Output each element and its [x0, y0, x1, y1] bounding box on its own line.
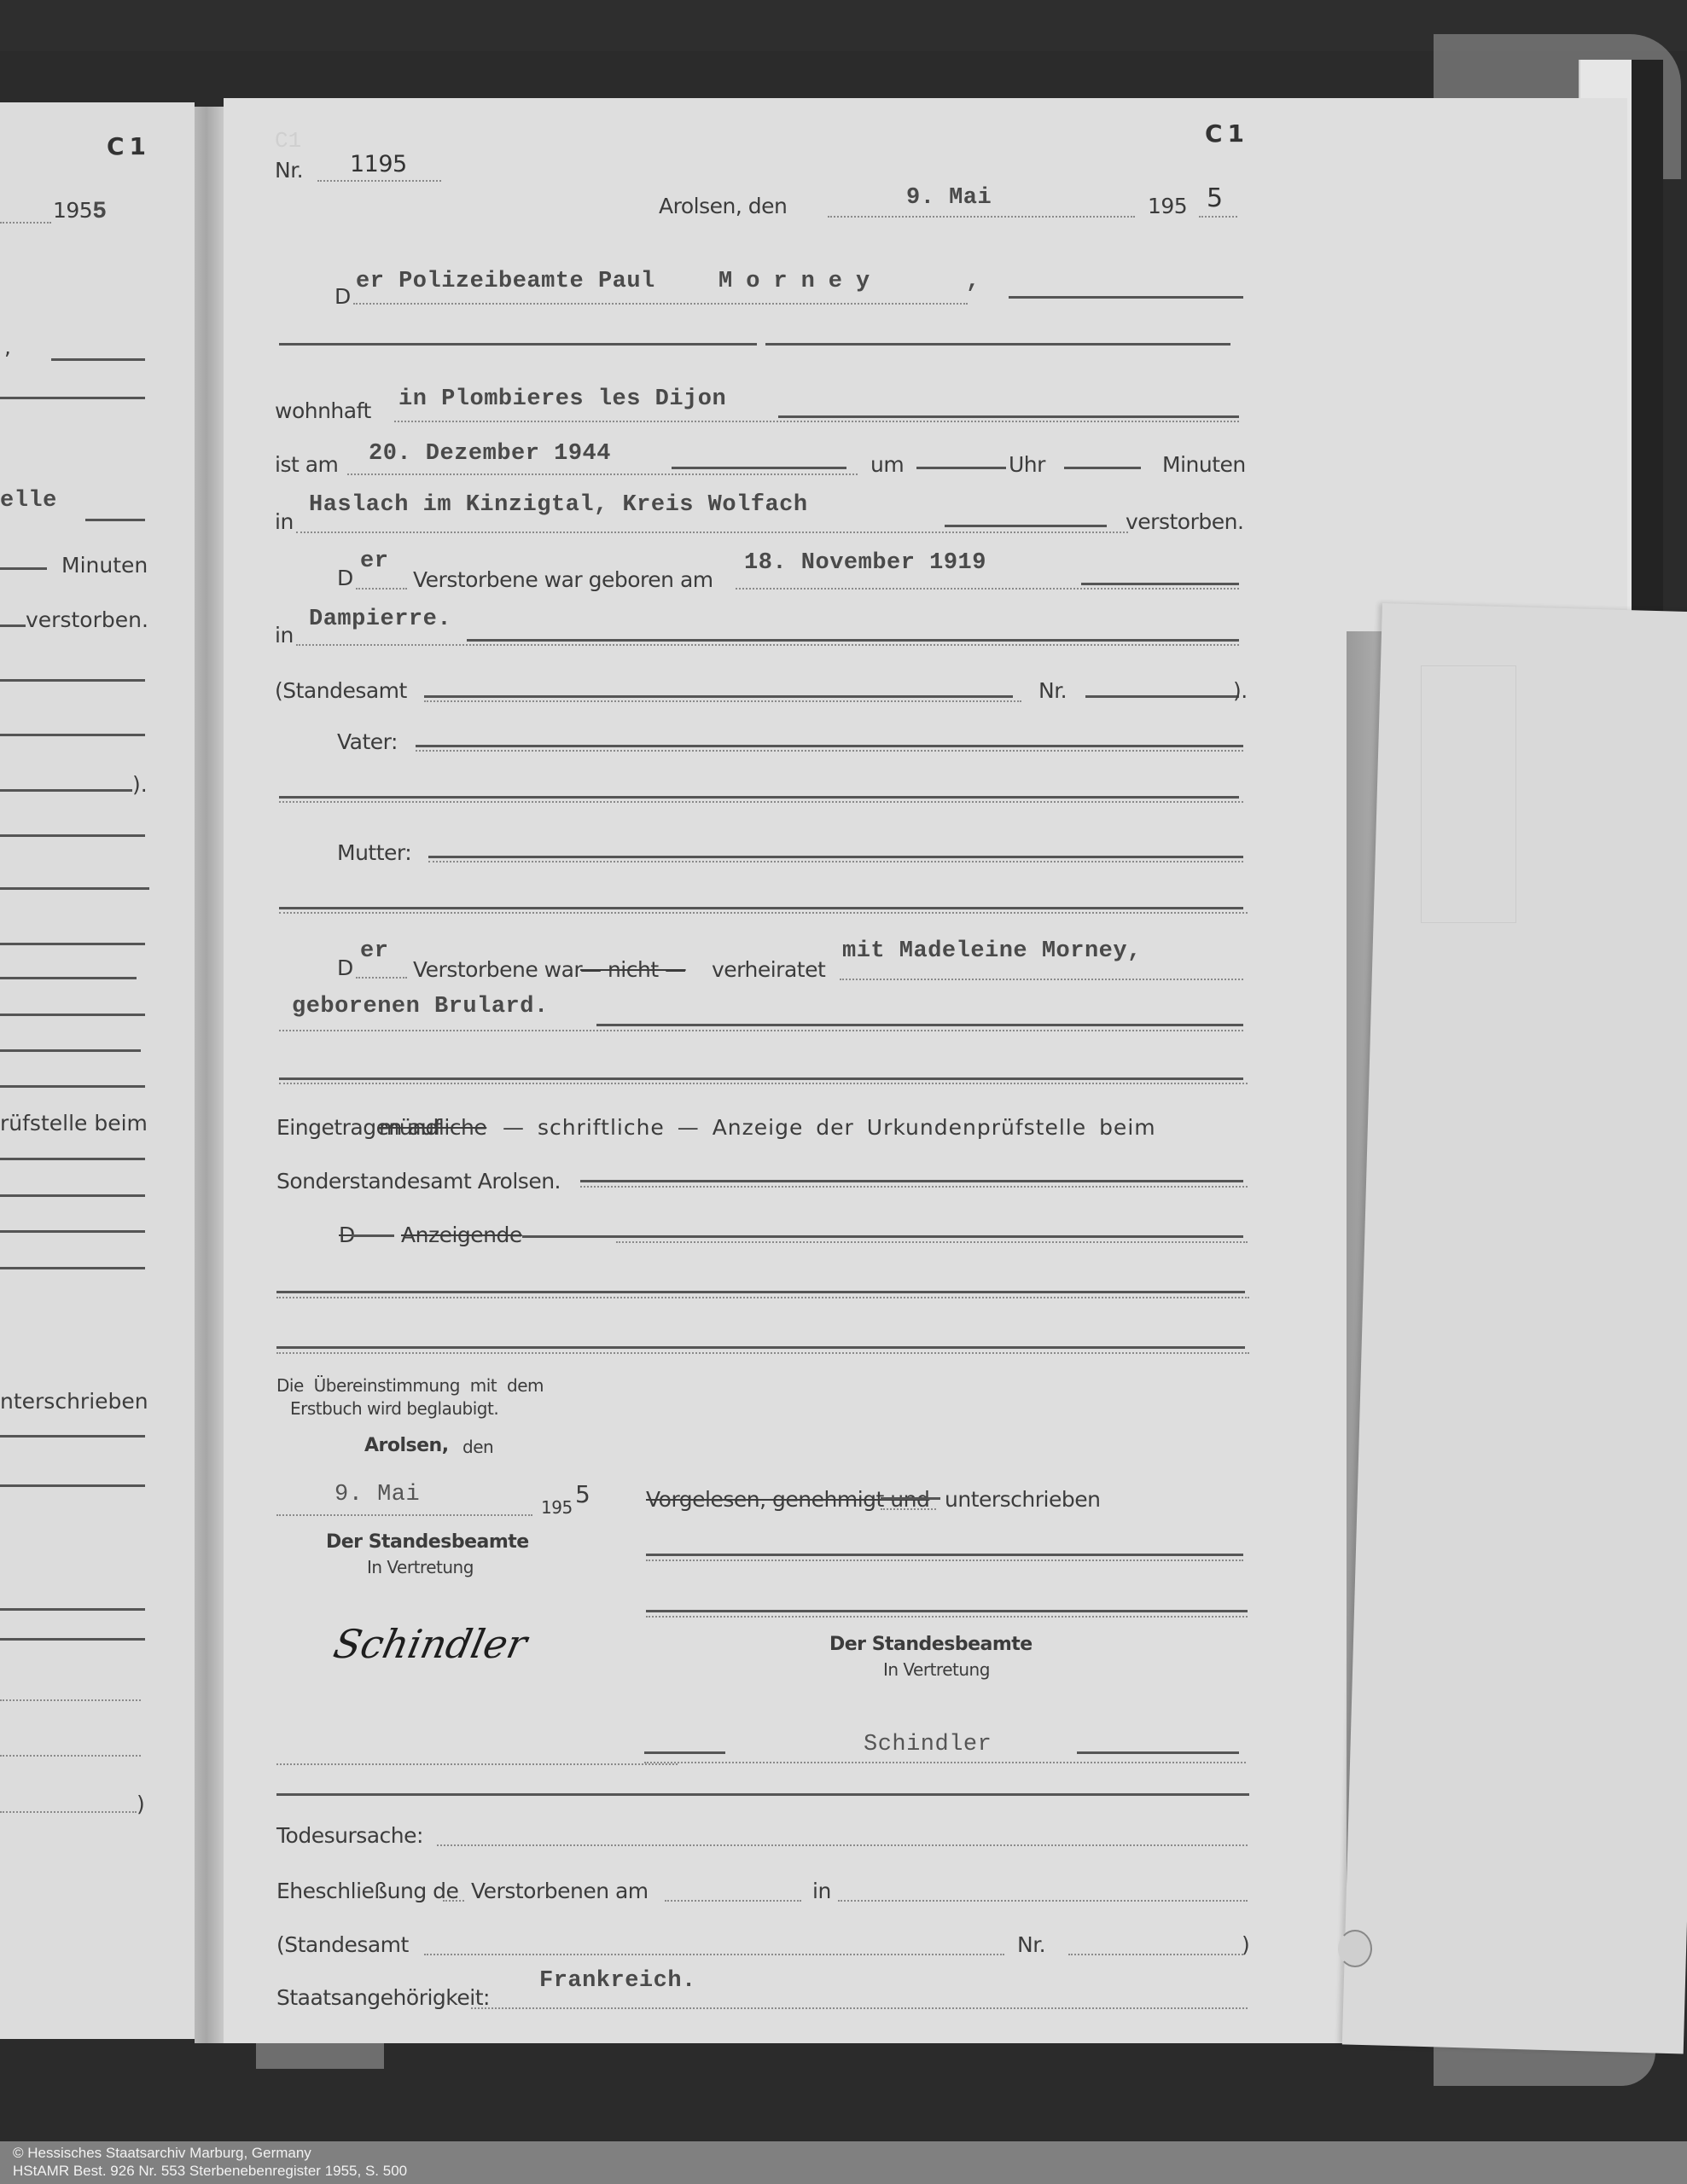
spouse-rule-2 — [596, 1024, 1243, 1026]
married-gender: er — [360, 938, 388, 964]
left-rule — [0, 1638, 145, 1641]
official-sub: In Vertretung — [883, 1659, 990, 1680]
left-dotline — [0, 222, 51, 224]
nr-dotline — [317, 180, 441, 182]
book-gutter — [195, 107, 224, 2043]
death-date-rule — [672, 467, 846, 469]
born-prefix: D — [337, 566, 353, 590]
informant-strike-rule — [352, 1234, 394, 1237]
left-dotline — [0, 1755, 141, 1757]
year-prefix: 195 — [1148, 194, 1187, 218]
year-suffix: 5 — [1207, 183, 1223, 213]
informant-dotline — [616, 1241, 1248, 1243]
read-approved-rule-1 — [646, 1554, 1243, 1556]
spouse-dotline-2 — [279, 1030, 1243, 1031]
marriage-label-2: Verstorbenen am — [471, 1879, 649, 1903]
residence-value: in Plombieres les Dijon — [398, 386, 726, 412]
marriage-dotline-short — [443, 1900, 464, 1902]
birthplace-rule — [467, 639, 1239, 642]
mother-rule — [428, 856, 1243, 858]
cert-signature: Schindler — [329, 1621, 531, 1667]
subject-comma: , — [966, 269, 980, 294]
standesamt-close: ). — [1233, 678, 1248, 703]
nationality-dotline — [471, 2007, 1248, 2009]
nationality-value: Frankreich. — [539, 1968, 696, 1994]
footer-nr-dotline — [1068, 1954, 1243, 1955]
left-rule — [0, 1484, 145, 1487]
residence-dotline — [394, 421, 1239, 422]
left-rule — [0, 1435, 145, 1438]
born-date-dotline — [736, 588, 1239, 590]
standesamt-dotline — [424, 700, 1021, 702]
left-rule — [0, 567, 47, 570]
spouse-dotline — [840, 979, 1243, 980]
left-rule — [0, 1230, 145, 1233]
um-label: um — [870, 452, 904, 477]
born-gender: er — [360, 549, 388, 574]
uhr-label: Uhr — [1009, 452, 1045, 477]
marriage-place-dotline — [838, 1900, 1248, 1902]
cert-official-sub: In Vertretung — [367, 1557, 474, 1577]
left-rule — [0, 397, 145, 399]
born-date-rule — [1081, 583, 1239, 585]
left-year-suffix: 5 — [92, 199, 107, 225]
subject-dotline — [353, 303, 968, 305]
left-minuten: Minuten — [61, 553, 148, 578]
informant-label: Anzeigende — [401, 1223, 522, 1247]
section-rule — [276, 1793, 1249, 1796]
official-title: Der Standesbeamte — [829, 1634, 1033, 1655]
insert-faint-box — [1421, 665, 1516, 923]
born-dotline — [356, 588, 407, 590]
father-rule-2 — [279, 796, 1239, 799]
death-place-rule — [945, 525, 1107, 527]
verstorben-label: verstorben. — [1126, 509, 1243, 534]
insert-notch — [1338, 1930, 1372, 1967]
blank-rule-4 — [276, 1291, 1245, 1293]
left-rule — [0, 1049, 141, 1052]
cert-year-prefix: 195 — [541, 1497, 573, 1518]
father-label: Vater: — [337, 729, 398, 754]
left-rule — [0, 734, 145, 736]
official-rule-left — [644, 1751, 725, 1754]
year-dotline — [1199, 216, 1237, 218]
official-rule-right — [1077, 1751, 1239, 1754]
left-rule — [0, 1014, 145, 1016]
married-struck: — nicht — — [580, 957, 686, 982]
born-date-value: 18. November 1919 — [744, 550, 986, 576]
minuten-label: Minuten — [1162, 452, 1246, 477]
married-label: Verstorbene war — [413, 957, 582, 982]
left-rule — [0, 624, 26, 627]
cert-place-label: Arolsen, — [364, 1435, 449, 1456]
subject-surname: Morney — [718, 269, 883, 294]
registered-rest: — schriftliche — Anzeige der Urkundenprü… — [503, 1115, 1156, 1140]
blank-rule-3 — [279, 1077, 1243, 1080]
read-approved-strike-rule — [881, 1497, 940, 1500]
footer-close: ) — [1242, 1932, 1249, 1957]
married-dotline — [356, 977, 407, 979]
birthplace-value: Dampierre. — [309, 607, 451, 632]
bleed-through: C1 — [275, 128, 301, 154]
registered-struck: mündliche — [379, 1115, 486, 1140]
left-close2: ) — [137, 1792, 145, 1816]
left-rule — [0, 1608, 145, 1611]
uhr-rule — [1064, 467, 1141, 469]
left-rule — [0, 1194, 145, 1197]
mother-dotline-2 — [279, 912, 1248, 914]
informant-rule — [522, 1235, 1243, 1238]
left-year: 1955 — [53, 198, 108, 225]
left-rule — [0, 1158, 145, 1160]
archive-caption-bar: © Hessisches Staatsarchiv Marburg, Germa… — [0, 2141, 1687, 2184]
certification-line-1: Die Übereinstimmung mit dem — [276, 1375, 544, 1396]
blank-rule — [765, 343, 1230, 346]
left-page: C1 1955 , elle Minuten verstorben. ). rü… — [0, 102, 195, 2039]
read-approved-dotline-1 — [646, 1560, 1243, 1561]
death-place-dotline — [296, 531, 1128, 533]
blank-dotline-3 — [279, 1083, 1248, 1084]
father-rule — [416, 745, 1243, 747]
left-rule — [0, 887, 149, 890]
birthplace-label: in — [275, 623, 294, 648]
subject-rule — [1009, 296, 1243, 299]
book-spine-patch — [256, 2039, 384, 2069]
blank-rule-5 — [276, 1346, 1245, 1349]
left-rule — [0, 1085, 145, 1088]
footer-nr-label: Nr. — [1017, 1932, 1045, 1957]
left-dotline — [0, 1699, 141, 1701]
archive-caption-line-1: © Hessisches Staatsarchiv Marburg, Germa… — [13, 2145, 311, 2162]
left-rule — [0, 834, 145, 837]
cert-place-den: den — [462, 1437, 493, 1457]
office-dotline — [580, 1186, 1248, 1188]
date-dotline — [828, 216, 1135, 218]
standesamt-rule — [424, 695, 1013, 698]
death-place-label: in — [275, 509, 294, 534]
birthplace-dotline — [296, 644, 1239, 646]
office-line: Sonderstandesamt Arolsen. — [276, 1169, 561, 1194]
place-date-label: Arolsen, den — [659, 194, 787, 218]
cert-year-suffix: 5 — [575, 1480, 590, 1508]
left-comma: , — [4, 334, 10, 359]
left-form-code: C1 — [107, 132, 151, 160]
cause-label: Todesursache: — [276, 1823, 423, 1848]
cert-date-value: 9. Mai — [334, 1482, 420, 1507]
mother-label: Mutter: — [337, 840, 411, 865]
um-rule — [916, 467, 1006, 469]
marriage-in: in — [812, 1879, 831, 1903]
death-date-dotline — [347, 473, 858, 475]
left-elle: elle — [0, 488, 57, 514]
father-dotline-2 — [279, 801, 1243, 803]
footer-standesamt-label: (Standesamt — [276, 1932, 409, 1957]
date-value: 9. Mai — [906, 185, 992, 211]
standesamt-nr-label: Nr. — [1038, 678, 1067, 703]
death-date-value: 20. Dezember 1944 — [369, 441, 611, 467]
mother-rule-2 — [279, 907, 1243, 909]
left-rule — [0, 789, 132, 792]
married-label-2: verheiratet — [712, 957, 825, 982]
born-label: Verstorbene war geboren am — [413, 567, 713, 592]
left-rule — [0, 977, 137, 979]
form-code: C1 — [1205, 119, 1249, 148]
death-date-label: ist am — [275, 452, 338, 477]
article-prefix: D — [334, 284, 351, 309]
blank-rule — [279, 343, 757, 346]
left-rule — [85, 519, 145, 521]
residence-label: wohnhaft — [275, 398, 371, 423]
marriage-date-dotline — [665, 1900, 801, 1902]
left-pruefstelle: rüfstelle beim — [0, 1111, 148, 1136]
left-dotline — [0, 1811, 137, 1813]
married-prefix: D — [337, 955, 353, 980]
official-dotline — [644, 1762, 1246, 1763]
read-approved-rule-2 — [646, 1610, 1248, 1612]
left-rule — [0, 679, 145, 682]
blank-dotline-4 — [276, 1297, 1249, 1298]
left-rule — [0, 1267, 145, 1269]
nationality-label: Staatsangehörigkeit: — [276, 1985, 490, 2010]
cause-dotline — [437, 1844, 1248, 1846]
footer-standesamt-dotline — [424, 1954, 1004, 1955]
blank-dotline-5 — [276, 1352, 1249, 1354]
left-rule — [0, 943, 145, 945]
cert-official-title: Der Standesbeamte — [326, 1531, 529, 1553]
archive-caption-line-2: HStAMR Best. 926 Nr. 553 Sterbenebenregi… — [13, 2163, 407, 2180]
death-place-value: Haslach im Kinzigtal, Kreis Wolfach — [309, 492, 808, 518]
standesamt-nr-rule — [1085, 695, 1239, 698]
nr-value: 1195 — [350, 151, 407, 177]
father-dotline — [416, 750, 1243, 752]
left-rule — [51, 358, 145, 361]
spouse-value: mit Madeleine Morney, — [842, 938, 1142, 964]
cert-signature-dotline — [276, 1763, 678, 1765]
left-year-prefix: 195 — [53, 198, 92, 223]
subject-text: er Polizeibeamte Paul — [356, 269, 655, 294]
spouse-line-2: geborenen Brulard. — [292, 994, 549, 1019]
read-approved-label: unterschrieben — [945, 1487, 1100, 1512]
left-unterschrieben: nterschrieben — [0, 1389, 148, 1414]
read-approved-dotline — [881, 1508, 936, 1510]
nr-label: Nr. — [275, 158, 303, 183]
residence-rule — [778, 415, 1239, 418]
left-close: ). — [132, 772, 148, 797]
read-approved-dotline-2 — [646, 1616, 1248, 1618]
cert-date-dotline — [276, 1514, 532, 1516]
official-typed-name: Schindler — [864, 1732, 992, 1757]
office-rule — [580, 1180, 1243, 1182]
left-verstorben: verstorben. — [26, 607, 148, 632]
standesamt-label: (Standesamt — [275, 678, 407, 703]
marriage-label: Eheschließung de — [276, 1879, 458, 1903]
certification-line-2: Erstbuch wird beglaubigt. — [290, 1398, 498, 1419]
mother-dotline — [428, 861, 1243, 863]
